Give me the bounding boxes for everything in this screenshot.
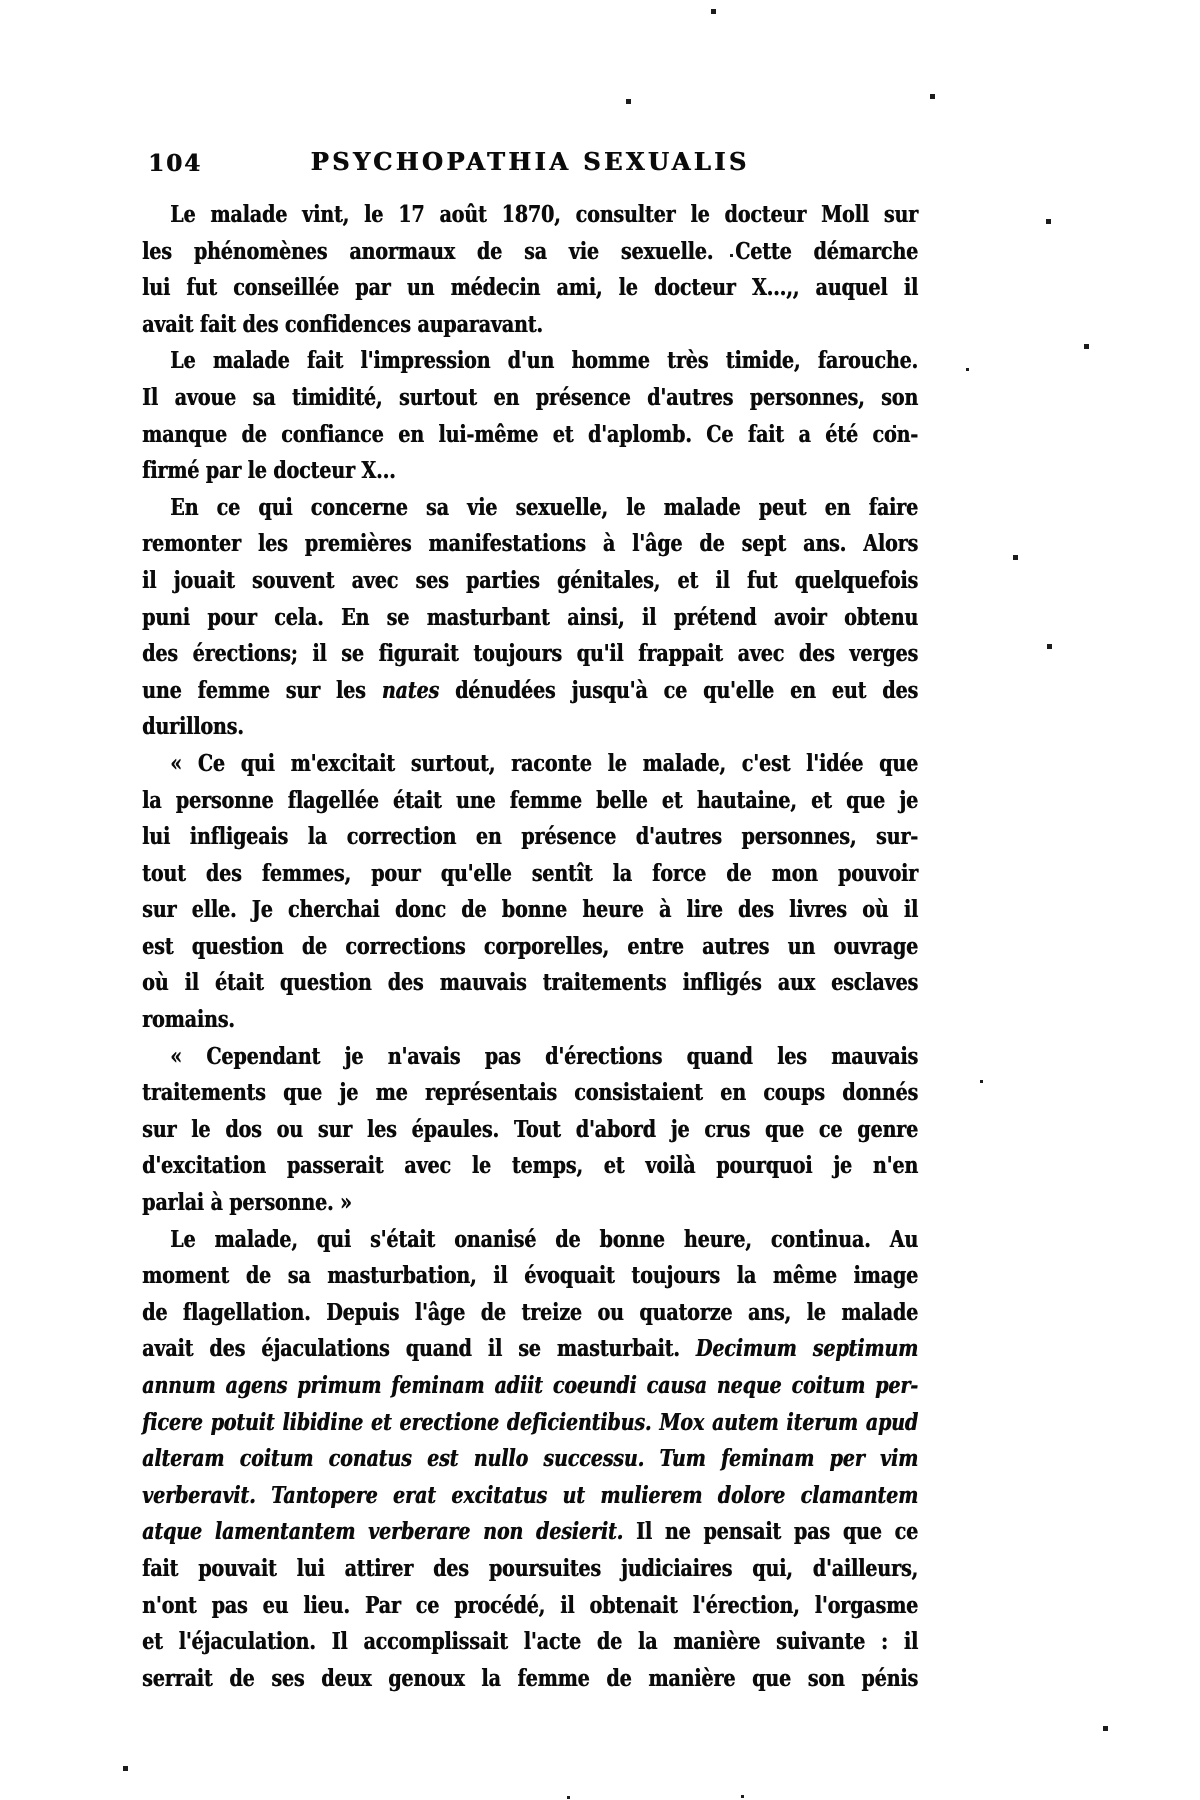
text-run: durillons. (142, 713, 244, 740)
text-line: alteram coitum conatus est nullo success… (142, 1441, 918, 1478)
text-line: lui fut conseillée par un médecin ami, l… (142, 270, 918, 307)
text-line: atque lamentantem verberare non desierit… (142, 1514, 918, 1551)
text-line: d'excitation passerait avec le temps, et… (142, 1148, 918, 1185)
text-line: puni pour cela. En se masturbant ainsi, … (142, 600, 918, 637)
text-line: il jouait souvent avec ses parties génit… (142, 563, 918, 600)
text-run: fait pouvait lui attirer des poursuites … (142, 1555, 918, 1582)
paragraph: « Cependant je n'avais pas d'érections q… (142, 1039, 918, 1222)
text-run: Le malade, qui s'était onanisé de bonne … (170, 1226, 918, 1253)
text-run: firmé par le docteur X... (142, 457, 396, 484)
paragraph: Le malade vint, le 17 août 1870, consult… (142, 197, 918, 343)
paragraph: Le malade, qui s'était onanisé de bonne … (142, 1222, 918, 1698)
text-run: la personne flagellée était une femme be… (142, 787, 918, 814)
text-run: une femme sur les (142, 677, 382, 704)
text-run: avait des éjaculations quand il se mastu… (142, 1335, 696, 1362)
page-number: 104 (148, 150, 202, 177)
text-run: avait fait des confidences auparavant. (142, 311, 543, 338)
text-run: serrait de ses deux genoux la femme de m… (142, 1665, 918, 1692)
text-line: ficere potuit libidine et erectione defi… (142, 1405, 918, 1442)
page-header: 104 PSYCHOPATHIA SEXUALIS (142, 147, 918, 179)
text-line: fait pouvait lui attirer des poursuites … (142, 1551, 918, 1588)
text-line: En ce qui concerne sa vie sexuelle, le m… (142, 490, 918, 527)
text-run: des érections; il se figurait toujours q… (142, 640, 918, 667)
latin-italic-run: annum agens primum feminam adiit coeundi… (142, 1372, 918, 1399)
text-line: moment de sa masturbation, il évoquait t… (142, 1258, 918, 1295)
paragraph: En ce qui concerne sa vie sexuelle, le m… (142, 490, 918, 746)
paragraph: Le malade fait l'impression d'un homme t… (142, 343, 918, 489)
text-run: les phénomènes anormaux de sa vie sexuel… (142, 238, 918, 265)
text-line: lui infligeais la correction en présence… (142, 819, 918, 856)
text-line: Le malade, qui s'était onanisé de bonne … (142, 1222, 918, 1259)
text-run: d'excitation passerait avec le temps, et… (142, 1152, 918, 1179)
text-line: Le malade fait l'impression d'un homme t… (142, 343, 918, 380)
text-line: des érections; il se figurait toujours q… (142, 636, 918, 673)
latin-italic-run: alteram coitum conatus est nullo success… (142, 1445, 918, 1472)
text-line: de flagellation. Depuis l'âge de treize … (142, 1295, 918, 1332)
text-line: sur le dos ou sur les épaules. Tout d'ab… (142, 1112, 918, 1149)
text-run: dénudées jusqu'à ce qu'elle en eut des (439, 677, 918, 704)
scan-noise-specks (0, 0, 3, 3)
text-line: parlai à personne. » (142, 1185, 918, 1222)
text-run: Il avoue sa timidité, surtout en présenc… (142, 384, 918, 411)
text-run: sur le dos ou sur les épaules. Tout d'ab… (142, 1116, 918, 1143)
text-line: sur elle. Je cherchai donc de bonne heur… (142, 892, 918, 929)
text-line: annum agens primum feminam adiit coeundi… (142, 1368, 918, 1405)
text-run: Le malade vint, le 17 août 1870, consult… (170, 201, 918, 228)
text-block: Le malade vint, le 17 août 1870, consult… (142, 197, 918, 1697)
text-run: il jouait souvent avec ses parties génit… (142, 567, 918, 594)
text-line: verberavit. Tantopere erat excitatus ut … (142, 1478, 918, 1515)
text-run: où il était question des mauvais traitem… (142, 969, 918, 996)
text-line: Le malade vint, le 17 août 1870, consult… (142, 197, 918, 234)
text-run: Il ne pensait pas que ce (623, 1518, 918, 1545)
text-run: lui fut conseillée par un médecin ami, l… (142, 274, 918, 301)
text-run: « Cependant je n'avais pas d'érections q… (170, 1043, 918, 1070)
latin-italic-run: ficere potuit libidine et erectione defi… (142, 1409, 918, 1436)
text-line: n'ont pas eu lieu. Par ce procédé, il ob… (142, 1588, 918, 1625)
text-run: romains. (142, 1006, 235, 1033)
text-line: « Ce qui m'excitait surtout, raconte le … (142, 746, 918, 783)
text-line: traitements que je me représentais consi… (142, 1075, 918, 1112)
text-line: durillons. (142, 709, 918, 746)
text-line: tout des femmes, pour qu'elle sentît la … (142, 856, 918, 893)
text-run: traitements que je me représentais consi… (142, 1079, 918, 1106)
text-run: de flagellation. Depuis l'âge de treize … (142, 1299, 918, 1326)
scanned-book-page: 104 PSYCHOPATHIA SEXUALIS Le malade vint… (0, 0, 1200, 1800)
latin-italic-run: nates (382, 677, 439, 704)
latin-italic-run: atque lamentantem verberare non desierit… (142, 1518, 623, 1545)
text-run: et l'éjaculation. Il accomplissait l'act… (142, 1628, 918, 1655)
text-run: manque de confiance en lui-même et d'apl… (142, 421, 918, 448)
text-run: sur elle. Je cherchai donc de bonne heur… (142, 896, 918, 923)
text-line: remonter les premières manifestations à … (142, 526, 918, 563)
text-run: tout des femmes, pour qu'elle sentît la … (142, 860, 918, 887)
text-run: n'ont pas eu lieu. Par ce procédé, il ob… (142, 1592, 918, 1619)
text-run: est question de corrections corporelles,… (142, 933, 918, 960)
text-run: puni pour cela. En se masturbant ainsi, … (142, 604, 918, 631)
text-line: est question de corrections corporelles,… (142, 929, 918, 966)
text-line: où il était question des mauvais traitem… (142, 965, 918, 1002)
text-line: firmé par le docteur X... (142, 453, 918, 490)
text-run: lui infligeais la correction en présence… (142, 823, 918, 850)
latin-italic-run: verberavit. Tantopere erat excitatus ut … (142, 1482, 918, 1509)
text-line: la personne flagellée était une femme be… (142, 783, 918, 820)
text-run: moment de sa masturbation, il évoquait t… (142, 1262, 918, 1289)
text-line: les phénomènes anormaux de sa vie sexuel… (142, 234, 918, 271)
text-run: En ce qui concerne sa vie sexuelle, le m… (170, 494, 918, 521)
text-run: parlai à personne. » (142, 1189, 352, 1216)
text-line: « Cependant je n'avais pas d'érections q… (142, 1039, 918, 1076)
text-run: remonter les premières manifestations à … (142, 530, 918, 557)
text-line: avait des éjaculations quand il se mastu… (142, 1331, 918, 1368)
running-title: PSYCHOPATHIA SEXUALIS (142, 147, 918, 176)
text-line: romains. (142, 1002, 918, 1039)
text-line: Il avoue sa timidité, surtout en présenc… (142, 380, 918, 417)
text-run: Le malade fait l'impression d'un homme t… (170, 347, 918, 374)
text-line: une femme sur les nates dénudées jusqu'à… (142, 673, 918, 710)
paragraph: « Ce qui m'excitait surtout, raconte le … (142, 746, 918, 1039)
text-line: manque de confiance en lui-même et d'apl… (142, 417, 918, 454)
latin-italic-run: Decimum septimum (696, 1335, 918, 1362)
text-line: et l'éjaculation. Il accomplissait l'act… (142, 1624, 918, 1661)
text-line: serrait de ses deux genoux la femme de m… (142, 1661, 918, 1698)
text-run: « Ce qui m'excitait surtout, raconte le … (170, 750, 918, 777)
text-line: avait fait des confidences auparavant. (142, 307, 918, 344)
